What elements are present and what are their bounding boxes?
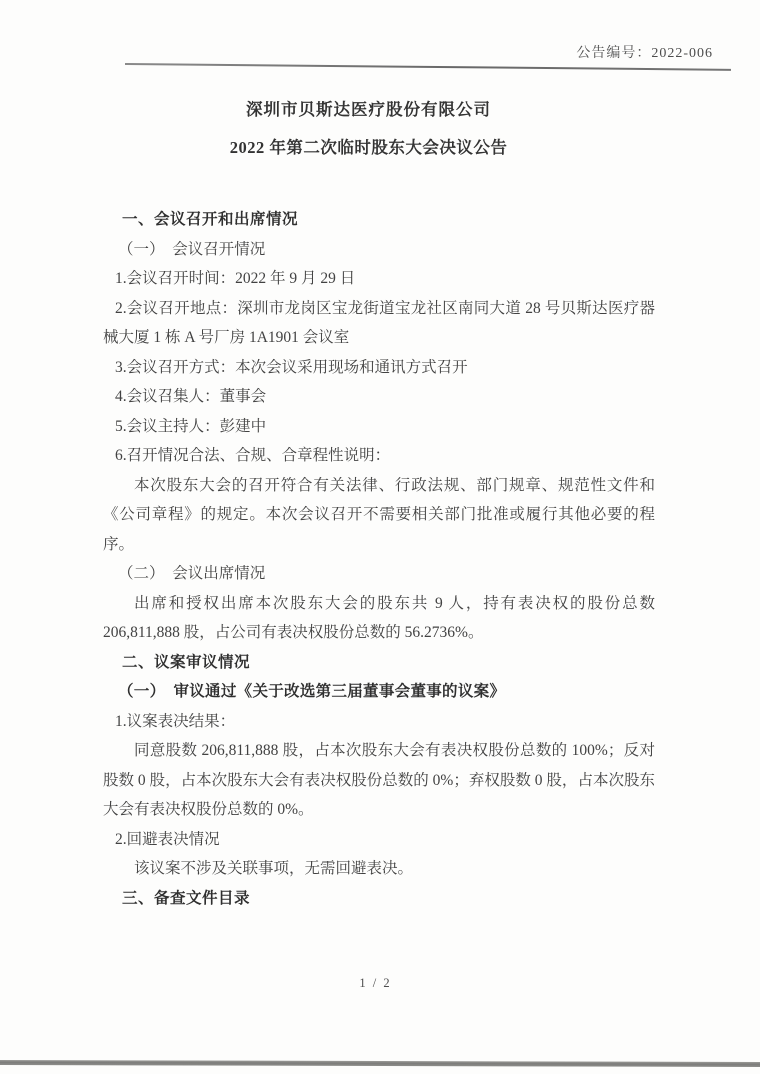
document-body: 一、会议召开和出席情况 （一） 会议召开情况 1.会议召开时间：2022 年 9…	[103, 205, 655, 913]
scan-bottom-edge	[0, 1060, 760, 1067]
chairman-item: 5.会议主持人：彭建中	[103, 412, 655, 442]
convener-item: 4.会议召集人：董事会	[103, 382, 655, 412]
header-rule	[125, 63, 731, 71]
page-number: 1 / 2	[0, 976, 751, 991]
company-title: 深圳市贝斯达医疗股份有限公司	[0, 96, 737, 120]
recusal-item: 2.回避表决情况	[103, 825, 655, 855]
section2-heading: 二、议案审议情况	[103, 648, 655, 678]
section1-heading: 一、会议召开和出席情况	[103, 205, 655, 235]
notice-number: 公告编号：2022-006	[576, 42, 713, 62]
document-page: 公告编号：2022-006 深圳市贝斯达医疗股份有限公司 2022 年第二次临时…	[0, 0, 760, 1074]
attendance-paragraph: 出席和授权出席本次股东大会的股东共 9 人，持有表决权的股份总数 206,811…	[103, 589, 655, 648]
vote-result-item: 1.议案表决结果：	[103, 707, 655, 737]
legality-paragraph: 本次股东大会的召开符合有关法律、行政法规、部门规章、规范性文件和《公司章程》的规…	[103, 471, 655, 560]
meeting-time-item: 1.会议召开时间：2022 年 9 月 29 日	[103, 264, 655, 294]
section1-sub2-heading: （二） 会议出席情况	[103, 559, 655, 589]
recusal-paragraph: 该议案不涉及关联事项，无需回避表决。	[103, 854, 655, 884]
legality-item: 6.召开情况合法、合规、合章程性说明：	[103, 441, 655, 471]
document-title: 2022 年第二次临时股东大会决议公告	[0, 134, 737, 158]
section1-sub1-heading: （一） 会议召开情况	[103, 235, 655, 265]
vote-result-paragraph: 同意股数 206,811,888 股，占本次股东大会有表决权股份总数的 100%…	[103, 736, 655, 825]
section2-sub1-heading: （一） 审议通过《关于改选第三届董事会董事的议案》	[103, 677, 655, 707]
section3-heading: 三、备查文件目录	[103, 884, 655, 914]
meeting-method-item: 3.会议召开方式：本次会议采用现场和通讯方式召开	[103, 353, 655, 383]
meeting-place-item: 2.会议召开地点：深圳市龙岗区宝龙街道宝龙社区南同大道 28 号贝斯达医疗器械大…	[103, 294, 655, 353]
